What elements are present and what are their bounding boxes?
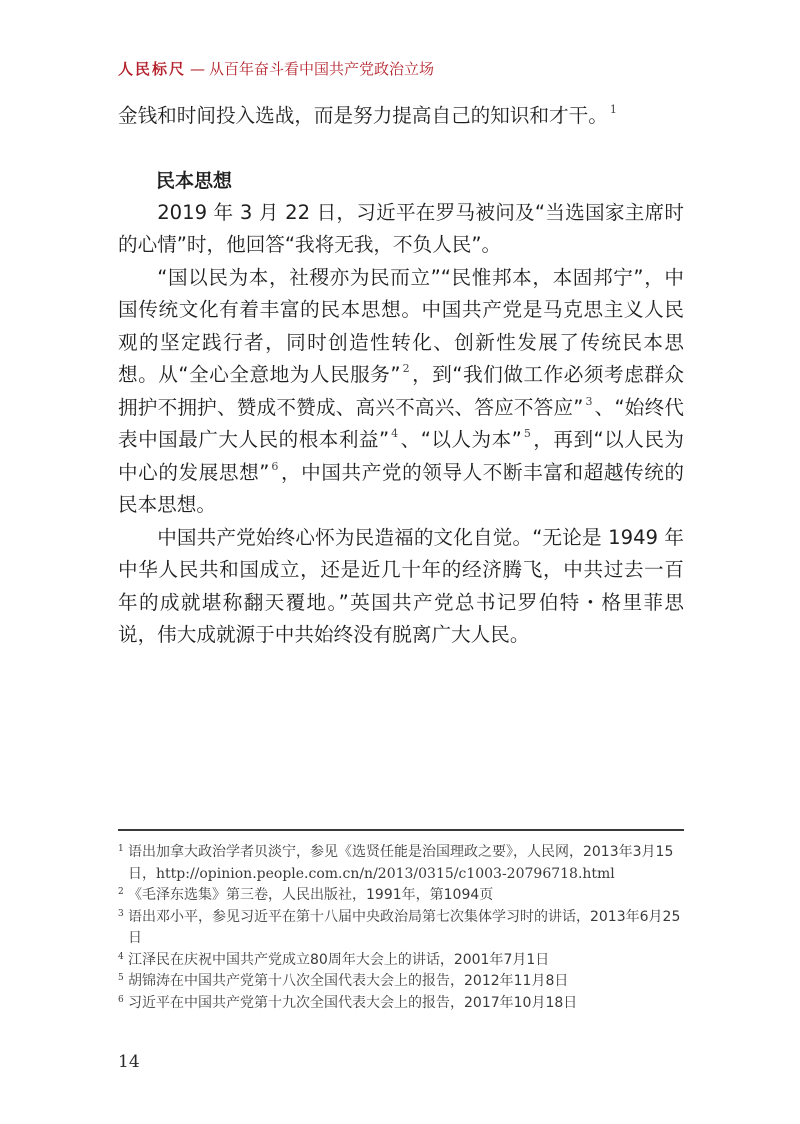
footnote-5: 5胡锦涛在中国共产党第十八次全国代表大会上的报告，2012年11月8日 bbox=[118, 971, 684, 993]
footnote-text: 胡锦涛在中国共产党第十八次全国代表大会上的报告，2012年11月8日 bbox=[128, 973, 568, 989]
footnote-6: 6习近平在中国共产党第十九次全国代表大会上的报告，2017年10月18日 bbox=[118, 993, 684, 1015]
footnote-divider bbox=[118, 829, 684, 831]
footnote-text: 语出邓小平，参见习近平在第十八届中央政治局第七次集体学习时的讲话，2013年6月… bbox=[128, 909, 680, 947]
paragraph-2: “国以民为本，社稷亦为民而立”“民惟邦本，本固邦宁”，中国传统文化有着丰富的民本… bbox=[118, 262, 684, 522]
section-heading: 民本思想 bbox=[118, 165, 684, 197]
footnote-3: 3语出邓小平，参见习近平在第十八届中央政治局第七次集体学习时的讲话，2013年6… bbox=[118, 907, 684, 950]
footnote-text: 习近平在中国共产党第十九次全国代表大会上的报告，2017年10月18日 bbox=[128, 995, 577, 1011]
paragraph-1: 2019 年 3 月 22 日，习近平在罗马被问及“当选国家主席时的心情”时，他… bbox=[118, 197, 684, 262]
footnote-2: 2《毛泽东选集》第三卷，人民出版社，1991年，第1094页 bbox=[118, 885, 684, 907]
footnote-text: 江泽民在庆祝中国共产党成立80周年大会上的讲话，2001年7月1日 bbox=[128, 952, 549, 968]
header-dash: — bbox=[190, 60, 205, 78]
footnote-4: 4江泽民在庆祝中国共产党成立80周年大会上的讲话，2001年7月1日 bbox=[118, 950, 684, 972]
footnote-ref-6[interactable]: 6 bbox=[269, 460, 280, 473]
running-header: 人民标尺—从百年奋斗看中国共产党政治立场 bbox=[118, 58, 434, 79]
footnotes: 1语出加拿大政治学者贝淡宁，参见《选贤任能是治国理政之要》，人民网，2013年3… bbox=[118, 842, 684, 1014]
footnote-ref-4[interactable]: 4 bbox=[389, 427, 400, 440]
main-text: 金钱和时间投入选战，而是努力提高自己的知识和才干。1 民本思想 2019 年 3… bbox=[118, 100, 684, 652]
paragraph-2-part-d: 、“以人为本” bbox=[400, 428, 522, 451]
footnote-ref-2[interactable]: 2 bbox=[401, 362, 412, 375]
footnote-ref-3[interactable]: 3 bbox=[583, 395, 594, 408]
footnote-ref-5[interactable]: 5 bbox=[522, 427, 533, 440]
footnote-text: 《毛泽东选集》第三卷，人民出版社，1991年，第1094页 bbox=[128, 887, 493, 903]
footnote-1: 1语出加拿大政治学者贝淡宁，参见《选贤任能是治国理政之要》，人民网，2013年3… bbox=[118, 842, 684, 885]
paragraph-3: 中国共产党始终心怀为民造福的文化自觉。“无论是 1949 年中华人民共和国成立，… bbox=[118, 522, 684, 652]
footnote-url-link[interactable]: http://opinion.people.com.cn/n/2013/0315… bbox=[156, 866, 615, 882]
continuation-paragraph: 金钱和时间投入选战，而是努力提高自己的知识和才干。1 bbox=[118, 100, 684, 133]
book-subtitle: 从百年奋斗看中国共产党政治立场 bbox=[209, 60, 434, 78]
page-number: 14 bbox=[118, 1052, 140, 1072]
book-title: 人民标尺 bbox=[118, 60, 186, 78]
footnote-ref-1[interactable]: 1 bbox=[608, 103, 619, 116]
continuation-text: 金钱和时间投入选战，而是努力提高自己的知识和才干。 bbox=[118, 104, 608, 127]
